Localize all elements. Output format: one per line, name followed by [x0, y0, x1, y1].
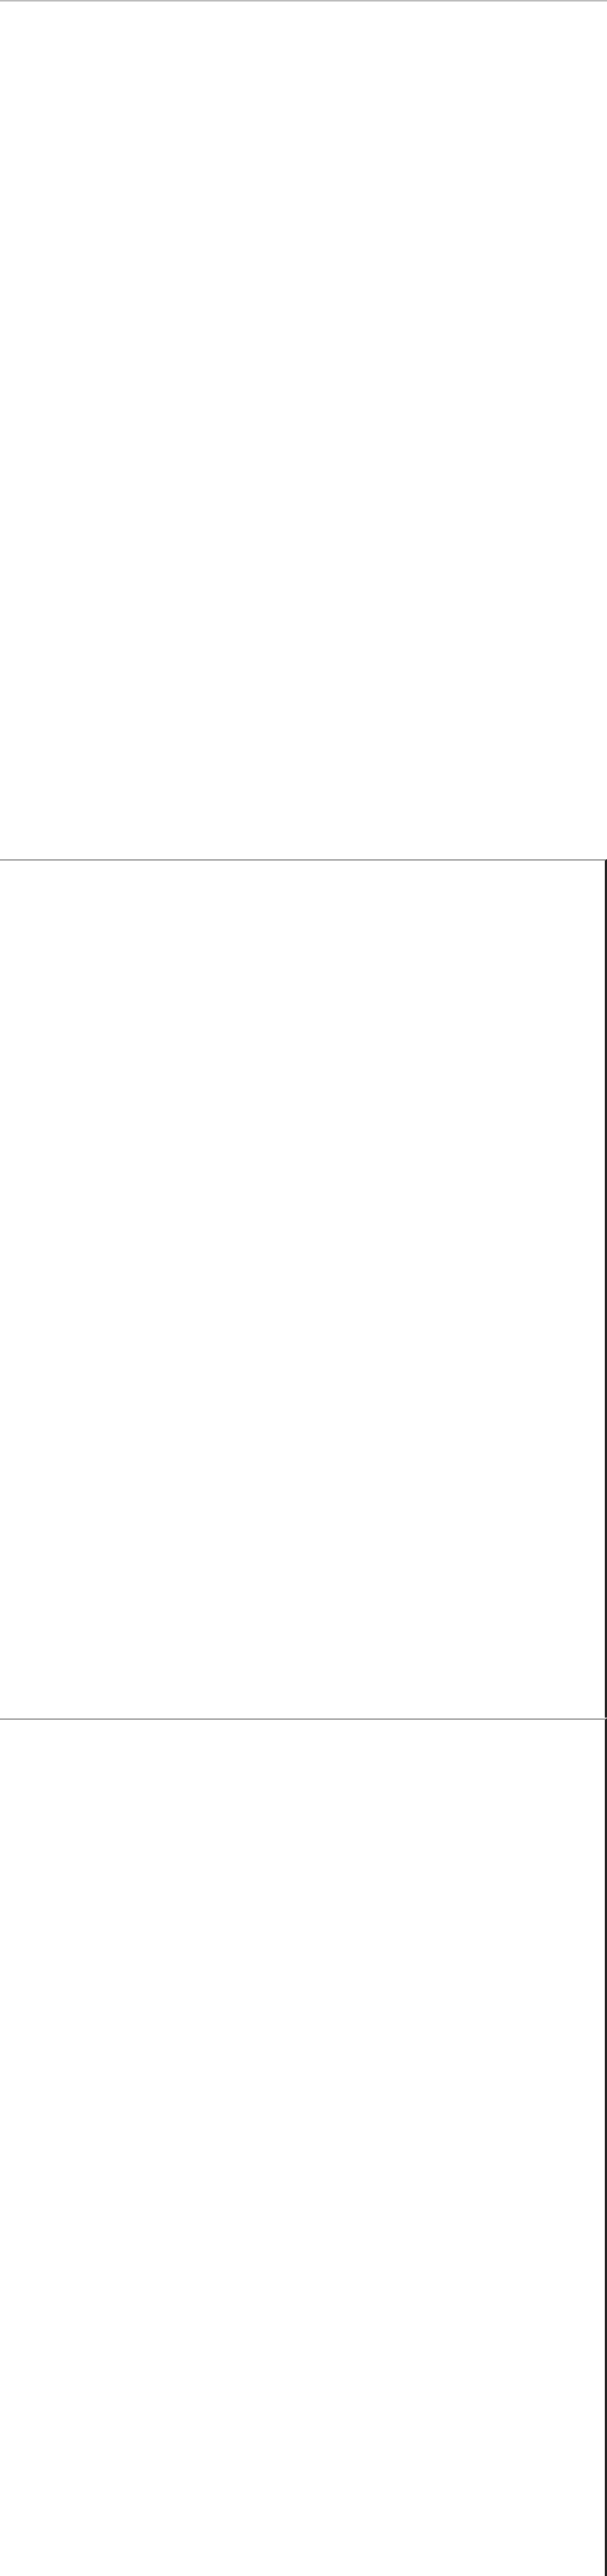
page-3 [0, 1718, 607, 2576]
page-1 [0, 0, 607, 860]
page-2 [0, 859, 607, 1718]
